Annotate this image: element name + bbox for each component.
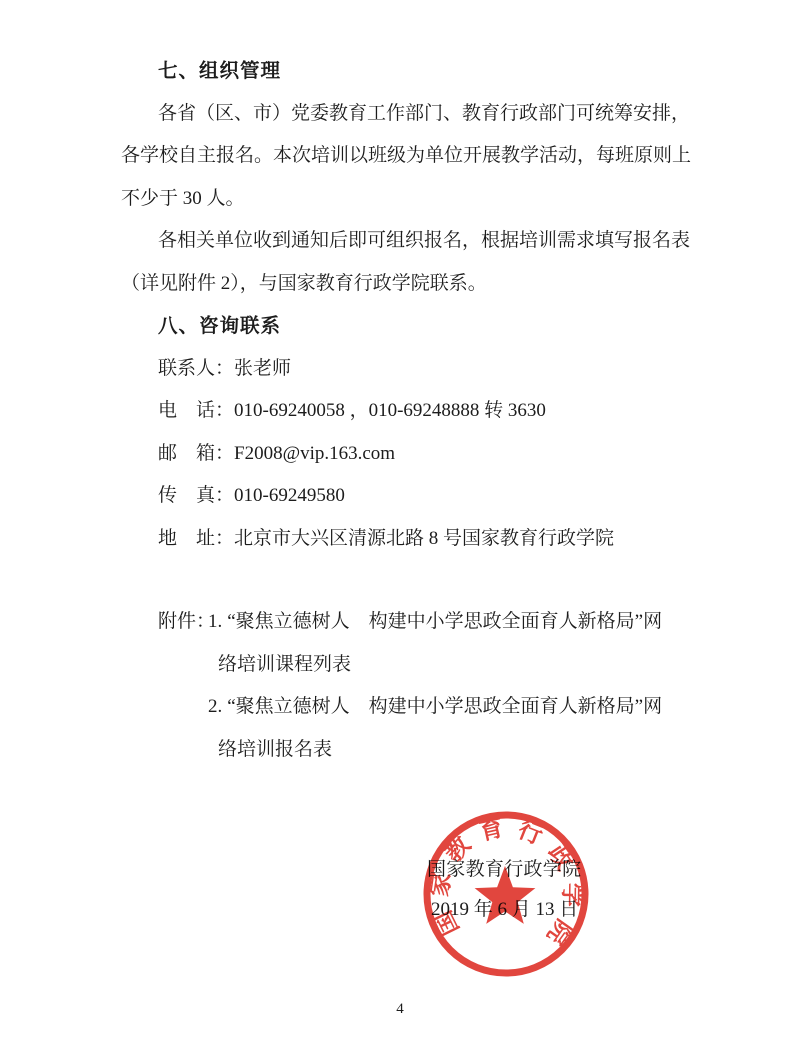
section7-paragraph2-line2: （详见附件 2），与国家教育行政学院联系。: [121, 263, 687, 306]
official-seal: 国家教育行政学院: [420, 808, 592, 980]
section7-paragraph1-line1: 各省（区、市）党委教育工作部门、教育行政部门可统筹安排，: [121, 93, 687, 136]
contact-phone-line: 电 话：010-69240058 ，010-69248888 转 3630: [158, 390, 687, 433]
attachments-label: 附件：: [158, 601, 208, 644]
seal-star-icon: [475, 866, 536, 924]
section7-heading: 七、组织管理: [158, 50, 687, 93]
section7-paragraph1-line2: 各学校自主报名。本次培训以班级为单位开展教学活动，每班原则上: [121, 135, 687, 178]
section8-heading: 八、咨询联系: [158, 305, 687, 348]
attachment-1-line2: 络培训课程列表: [218, 644, 687, 687]
document-body: 七、组织管理 各省（区、市）党委教育工作部门、教育行政部门可统筹安排， 各学校自…: [121, 50, 687, 771]
page-number: 4: [0, 999, 800, 1019]
section7-paragraph2-line1: 各相关单位收到通知后即可组织报名，根据培训需求填写报名表: [121, 220, 687, 263]
attachment-1-line1: 附件：1.“聚焦立德树人 构建中小学思政全面育人新格局”网: [158, 601, 687, 644]
spacer: [121, 560, 687, 601]
attachment-2-line1: 2.“聚焦立德树人 构建中小学思政全面育人新格局”网: [208, 686, 687, 729]
attachment-1-title-part1: “聚焦立德树人 构建中小学思政全面育人新格局”网: [227, 611, 662, 632]
contact-fax-line: 传 真：010-69249580: [158, 475, 687, 518]
contact-email-line: 邮 箱：F2008@vip.163.com: [158, 433, 687, 476]
contact-address-line: 地 址：北京市大兴区清源北路 8 号国家教育行政学院: [158, 518, 687, 561]
attachment-2-line2: 络培训报名表: [218, 729, 687, 772]
section7-paragraph1-line3: 不少于 30 人。: [121, 178, 687, 221]
attachment-1-number: 1.: [208, 601, 222, 644]
official-seal-graphic: 国家教育行政学院: [420, 808, 592, 980]
contact-person-line: 联系人：张老师: [158, 348, 687, 391]
document-page: 七、组织管理 各省（区、市）党委教育工作部门、教育行政部门可统筹安排， 各学校自…: [0, 0, 800, 1056]
attachment-2-title-part1: “聚焦立德树人 构建中小学思政全面育人新格局”网: [227, 696, 662, 717]
attachment-2-number: 2.: [208, 686, 222, 729]
